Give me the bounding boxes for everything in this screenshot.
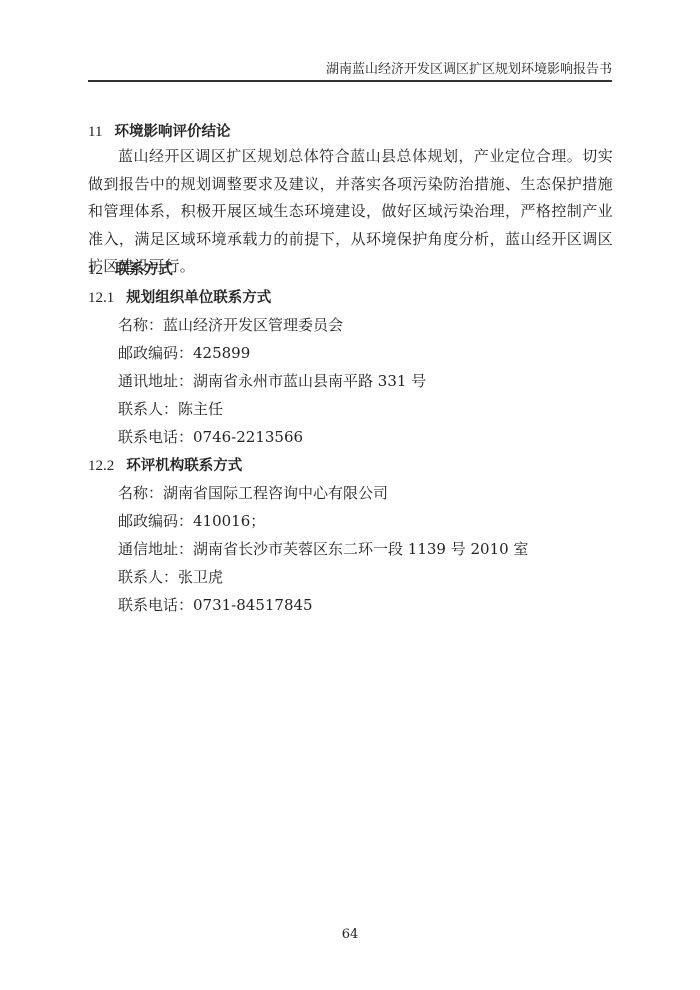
section-12-1-heading: 12.1规划组织单位联系方式: [88, 286, 271, 307]
subsection-number: 12.1: [88, 290, 114, 306]
eia-agency-phone: 联系电话：0731-84517845: [118, 594, 313, 615]
planning-unit-name: 名称：蓝山经济开发区管理委员会: [118, 314, 343, 335]
planning-unit-phone: 联系电话：0746-2213566: [118, 426, 303, 447]
section-number: 12: [88, 262, 103, 278]
section-12-2-heading: 12.2环评机构联系方式: [88, 454, 242, 475]
section-11-heading: 11环境影响评价结论: [88, 120, 230, 141]
page-header: 湖南蓝山经济开发区调区扩区规划环境影响报告书: [88, 54, 612, 82]
page-number: 64: [0, 927, 700, 942]
section-title: 联系方式: [115, 262, 173, 278]
eia-agency-postcode: 邮政编码：410016；: [118, 510, 265, 531]
planning-unit-postcode: 邮政编码：425899: [118, 342, 250, 363]
planning-unit-contact: 联系人：陈主任: [118, 398, 223, 419]
eia-agency-contact: 联系人：张卫虎: [118, 566, 223, 587]
subsection-number: 12.2: [88, 458, 114, 474]
section-title: 环境影响评价结论: [114, 124, 230, 140]
eia-agency-address: 通信地址：湖南省长沙市芙蓉区东二环一段 1139 号 2010 室: [118, 538, 528, 559]
planning-unit-address: 通讯地址：湖南省永州市蓝山县南平路 331 号: [118, 370, 426, 391]
eia-agency-name: 名称：湖南省国际工程咨询中心有限公司: [118, 482, 388, 503]
section-number: 11: [88, 124, 102, 140]
subsection-title: 规划组织单位联系方式: [126, 290, 271, 306]
document-title: 湖南蓝山经济开发区调区扩区规划环境影响报告书: [326, 58, 612, 77]
subsection-title: 环评机构联系方式: [126, 458, 242, 474]
section-12-heading: 12联系方式: [88, 258, 173, 279]
